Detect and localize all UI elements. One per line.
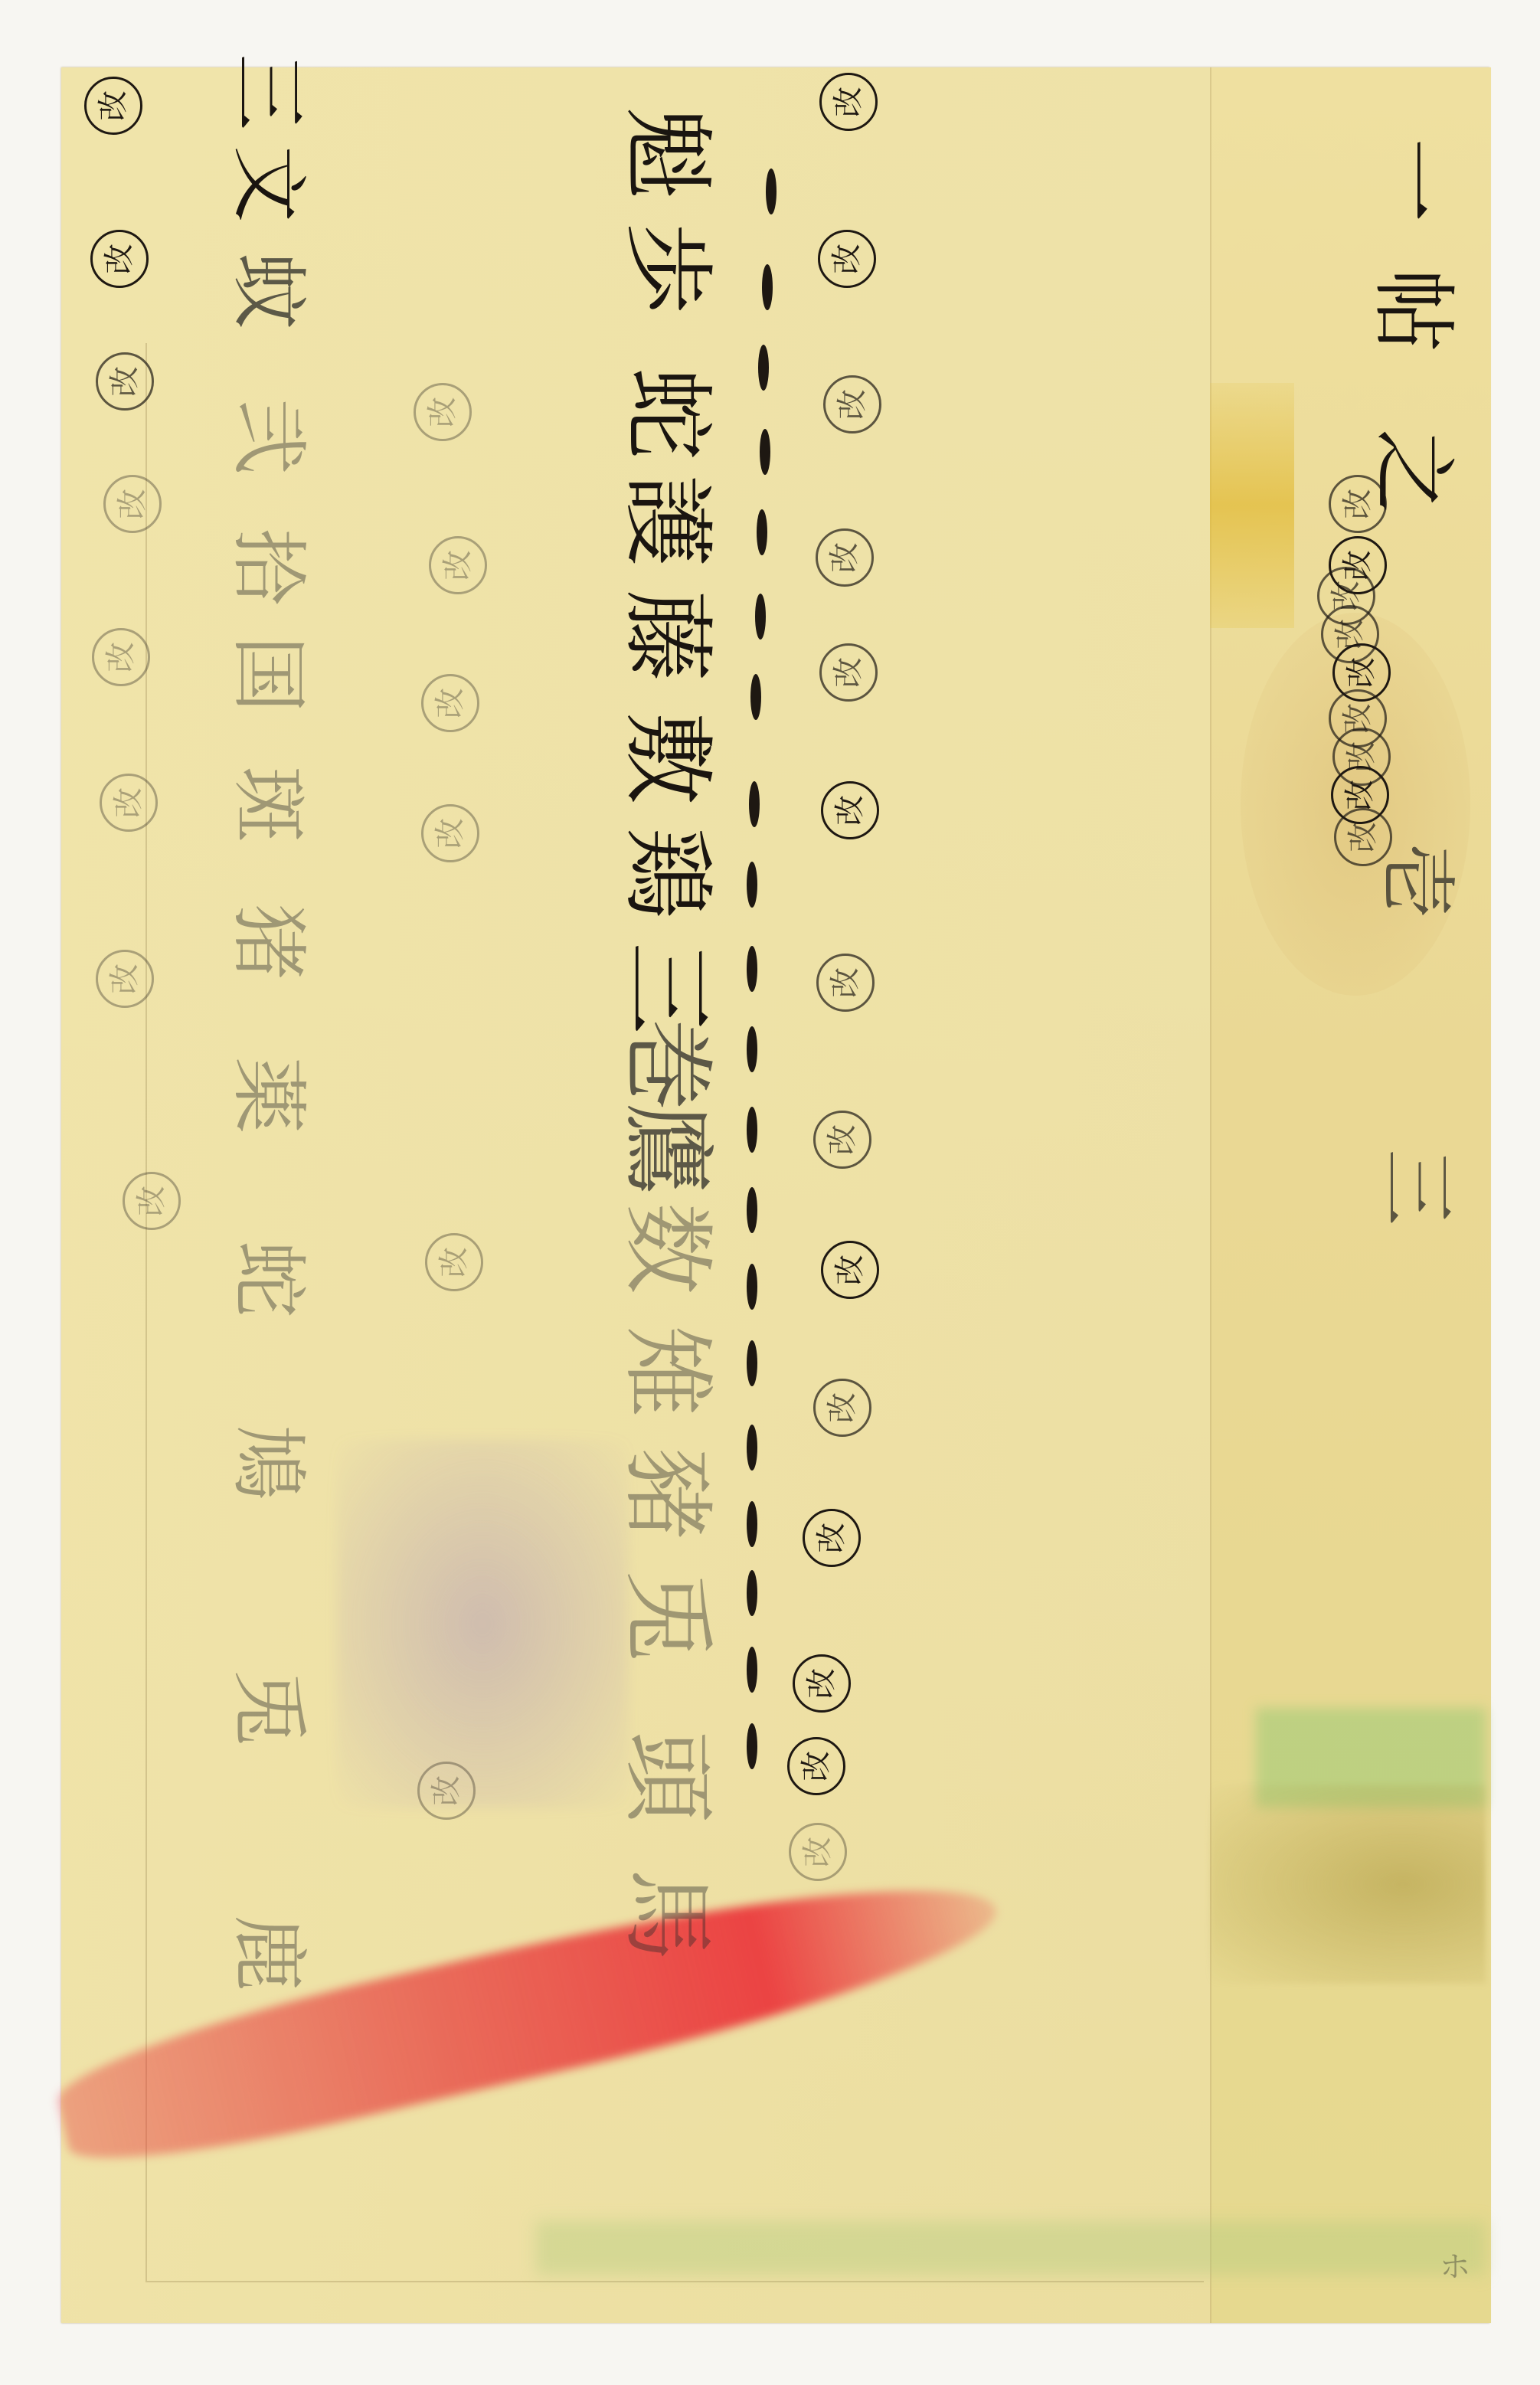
censor-seal: 改 (96, 352, 154, 411)
main-glyph: 護 (620, 475, 712, 567)
censor-seal: 改 (803, 1509, 861, 1567)
main-glyph: 豬 (620, 1448, 712, 1539)
censor-seal: 改 (1334, 808, 1392, 866)
tick-mark (747, 946, 757, 992)
tick-mark (747, 1501, 757, 1547)
tick-mark (747, 1647, 757, 1693)
censor-seal: 改 (819, 643, 878, 702)
censor-seal: 改 (813, 1111, 871, 1169)
censor-seal: 改 (414, 383, 472, 441)
tick-mark (755, 594, 766, 640)
left-glyph: 弐 (230, 398, 306, 475)
censor-seal: 改 (793, 1654, 851, 1713)
tick-mark (747, 1107, 757, 1153)
tick-mark (747, 862, 757, 908)
main-glyph: 馬 (620, 1869, 712, 1961)
main-glyph: 魁 (620, 107, 712, 199)
yellow-stain (1210, 383, 1294, 628)
censor-seal: 改 (421, 674, 479, 732)
left-glyph: 鹿 (230, 1915, 306, 1991)
censor-seal: 改 (103, 475, 162, 533)
main-glyph: 鷹 (620, 1103, 712, 1195)
left-glyph: 文 (230, 146, 306, 222)
censor-seal: 改 (100, 774, 158, 832)
olive-patch (1210, 1785, 1486, 1984)
main-glyph: 兎 (620, 1570, 712, 1662)
tick-mark (749, 781, 760, 827)
censor-seal: 改 (818, 230, 876, 288)
tick-mark (758, 345, 769, 391)
censor-seal: 改 (92, 628, 150, 686)
censor-seal: 改 (123, 1172, 181, 1230)
tick-mark (747, 1264, 757, 1310)
censor-seal: 改 (813, 1379, 871, 1437)
main-glyph: 巻 (620, 1019, 712, 1111)
main-glyph: 敷 (620, 712, 712, 804)
censor-seal: 改 (417, 1762, 476, 1820)
censor-seal: 改 (84, 77, 142, 135)
tick-mark (760, 429, 770, 475)
tick-mark (750, 674, 761, 720)
right-glyph: 一 (1371, 138, 1455, 222)
tick-mark (747, 1026, 757, 1072)
censor-seal: 改 (819, 73, 878, 131)
tick-mark (747, 1570, 757, 1616)
tick-mark (766, 168, 777, 214)
main-glyph: 頭 (620, 1731, 712, 1823)
tick-mark (757, 509, 767, 555)
censor-seal: 改 (789, 1823, 847, 1881)
left-glyph: 薬 (230, 1057, 306, 1134)
main-glyph: 蛇 (620, 368, 712, 460)
censor-seal: 改 (421, 804, 479, 862)
purple-smudge (337, 1440, 628, 1808)
main-glyph: 雉 (620, 1325, 712, 1417)
corner-mark: ホ (1440, 2252, 1470, 2282)
tick-mark (762, 264, 773, 310)
left-glyph: 猪 (230, 904, 306, 980)
left-glyph: 国 (230, 636, 306, 712)
right-glyph: 帖 (1371, 268, 1455, 352)
left-glyph: 三 (230, 54, 306, 130)
censor-seal: 改 (821, 781, 879, 839)
right-glyph: 三 (1378, 1149, 1455, 1225)
tick-mark (747, 1425, 757, 1471)
main-glyph: 鶏 (620, 827, 712, 919)
censor-seal: 改 (816, 954, 875, 1012)
left-glyph: 蚊 (230, 253, 306, 329)
censor-seal: 改 (429, 536, 487, 594)
left-glyph: 蛇 (230, 1241, 306, 1317)
censor-seal: 改 (96, 950, 154, 1008)
main-glyph: 藤 (620, 590, 712, 682)
main-glyph: 歩 (620, 222, 712, 314)
censor-seal: 改 (787, 1737, 845, 1795)
censor-seal: 改 (90, 230, 149, 288)
left-glyph: 斑 (230, 766, 306, 842)
tick-mark (747, 1723, 757, 1769)
main-glyph: 数 (620, 1202, 712, 1294)
tick-mark (747, 1187, 757, 1233)
tick-mark (747, 1340, 757, 1386)
censor-seal: 改 (425, 1233, 483, 1291)
green-bottom-tint (536, 2221, 1486, 2275)
left-glyph: 拾 (230, 528, 306, 605)
right-glyph: 壱 (1378, 842, 1455, 919)
censor-seal: 改 (823, 375, 881, 433)
left-glyph: 鳩 (230, 1425, 306, 1501)
left-glyph: 兎 (230, 1670, 306, 1746)
censor-seal: 改 (1329, 475, 1387, 533)
censor-seal: 改 (816, 528, 874, 587)
censor-seal: 改 (821, 1241, 879, 1299)
